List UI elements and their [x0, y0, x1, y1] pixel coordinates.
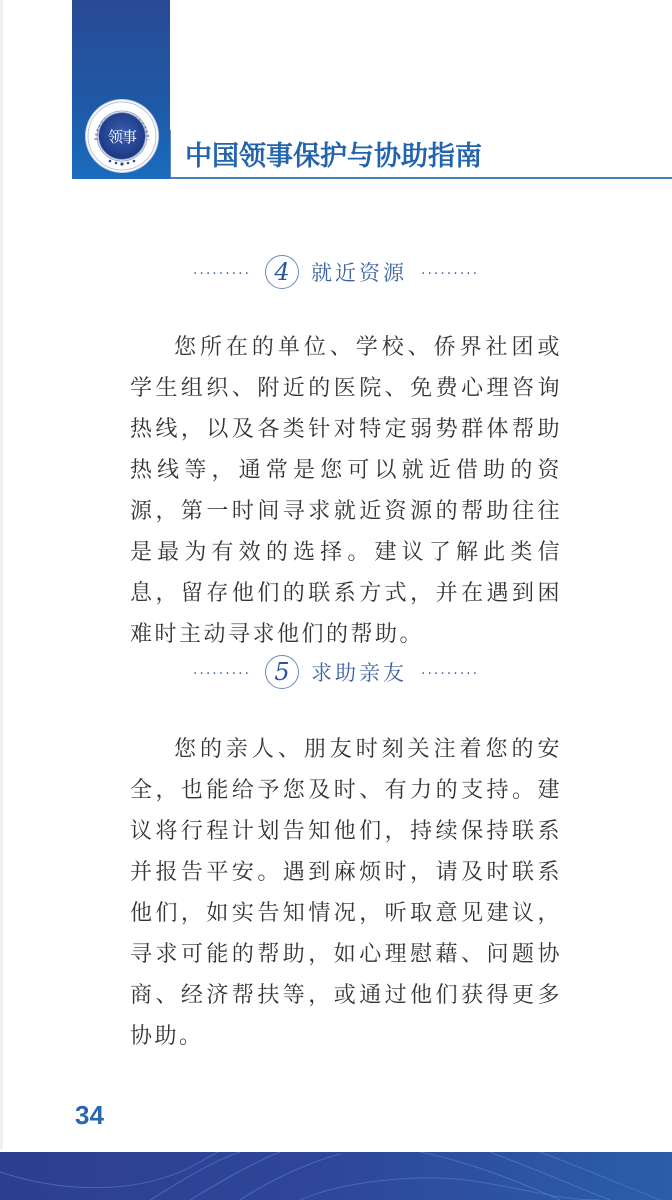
consular-emblem-icon: 领事 — [86, 100, 158, 172]
dotted-leader-left: ········· — [193, 266, 251, 282]
header-divider — [170, 177, 672, 179]
circled-number-4-icon: 4 — [265, 255, 299, 289]
section-title: 求助亲友 — [311, 657, 407, 687]
section-title: 就近资源 — [311, 257, 407, 287]
footer-wave-band — [0, 1152, 672, 1200]
section-heading-5: ········· 5 求助亲友 ········· — [0, 652, 672, 692]
dotted-leader-right: ········· — [421, 266, 479, 282]
wave-lines-icon — [0, 1152, 672, 1200]
page-number: 34 — [75, 1100, 104, 1131]
header-divider-vertical — [170, 130, 171, 178]
emblem-seal: 领事 — [98, 112, 146, 160]
dotted-leader-left: ········· — [193, 666, 251, 682]
section-heading-4: ········· 4 就近资源 ········· — [0, 252, 672, 292]
section-body-paragraph: 您所在的单位、学校、侨界社团或学生组织、附近的医院、免费心理咨询热线，以及各类针… — [130, 327, 562, 655]
book-title: 中国领事保护与协助指南 — [185, 134, 482, 173]
section-body-paragraph: 您的亲人、朋友时刻关注着您的安全，也能给予您及时、有力的支持。建议将行程计划告知… — [130, 729, 562, 1057]
page-edge — [0, 0, 3, 1150]
dotted-leader-right: ········· — [421, 666, 479, 682]
circled-number-5-icon: 5 — [265, 655, 299, 689]
